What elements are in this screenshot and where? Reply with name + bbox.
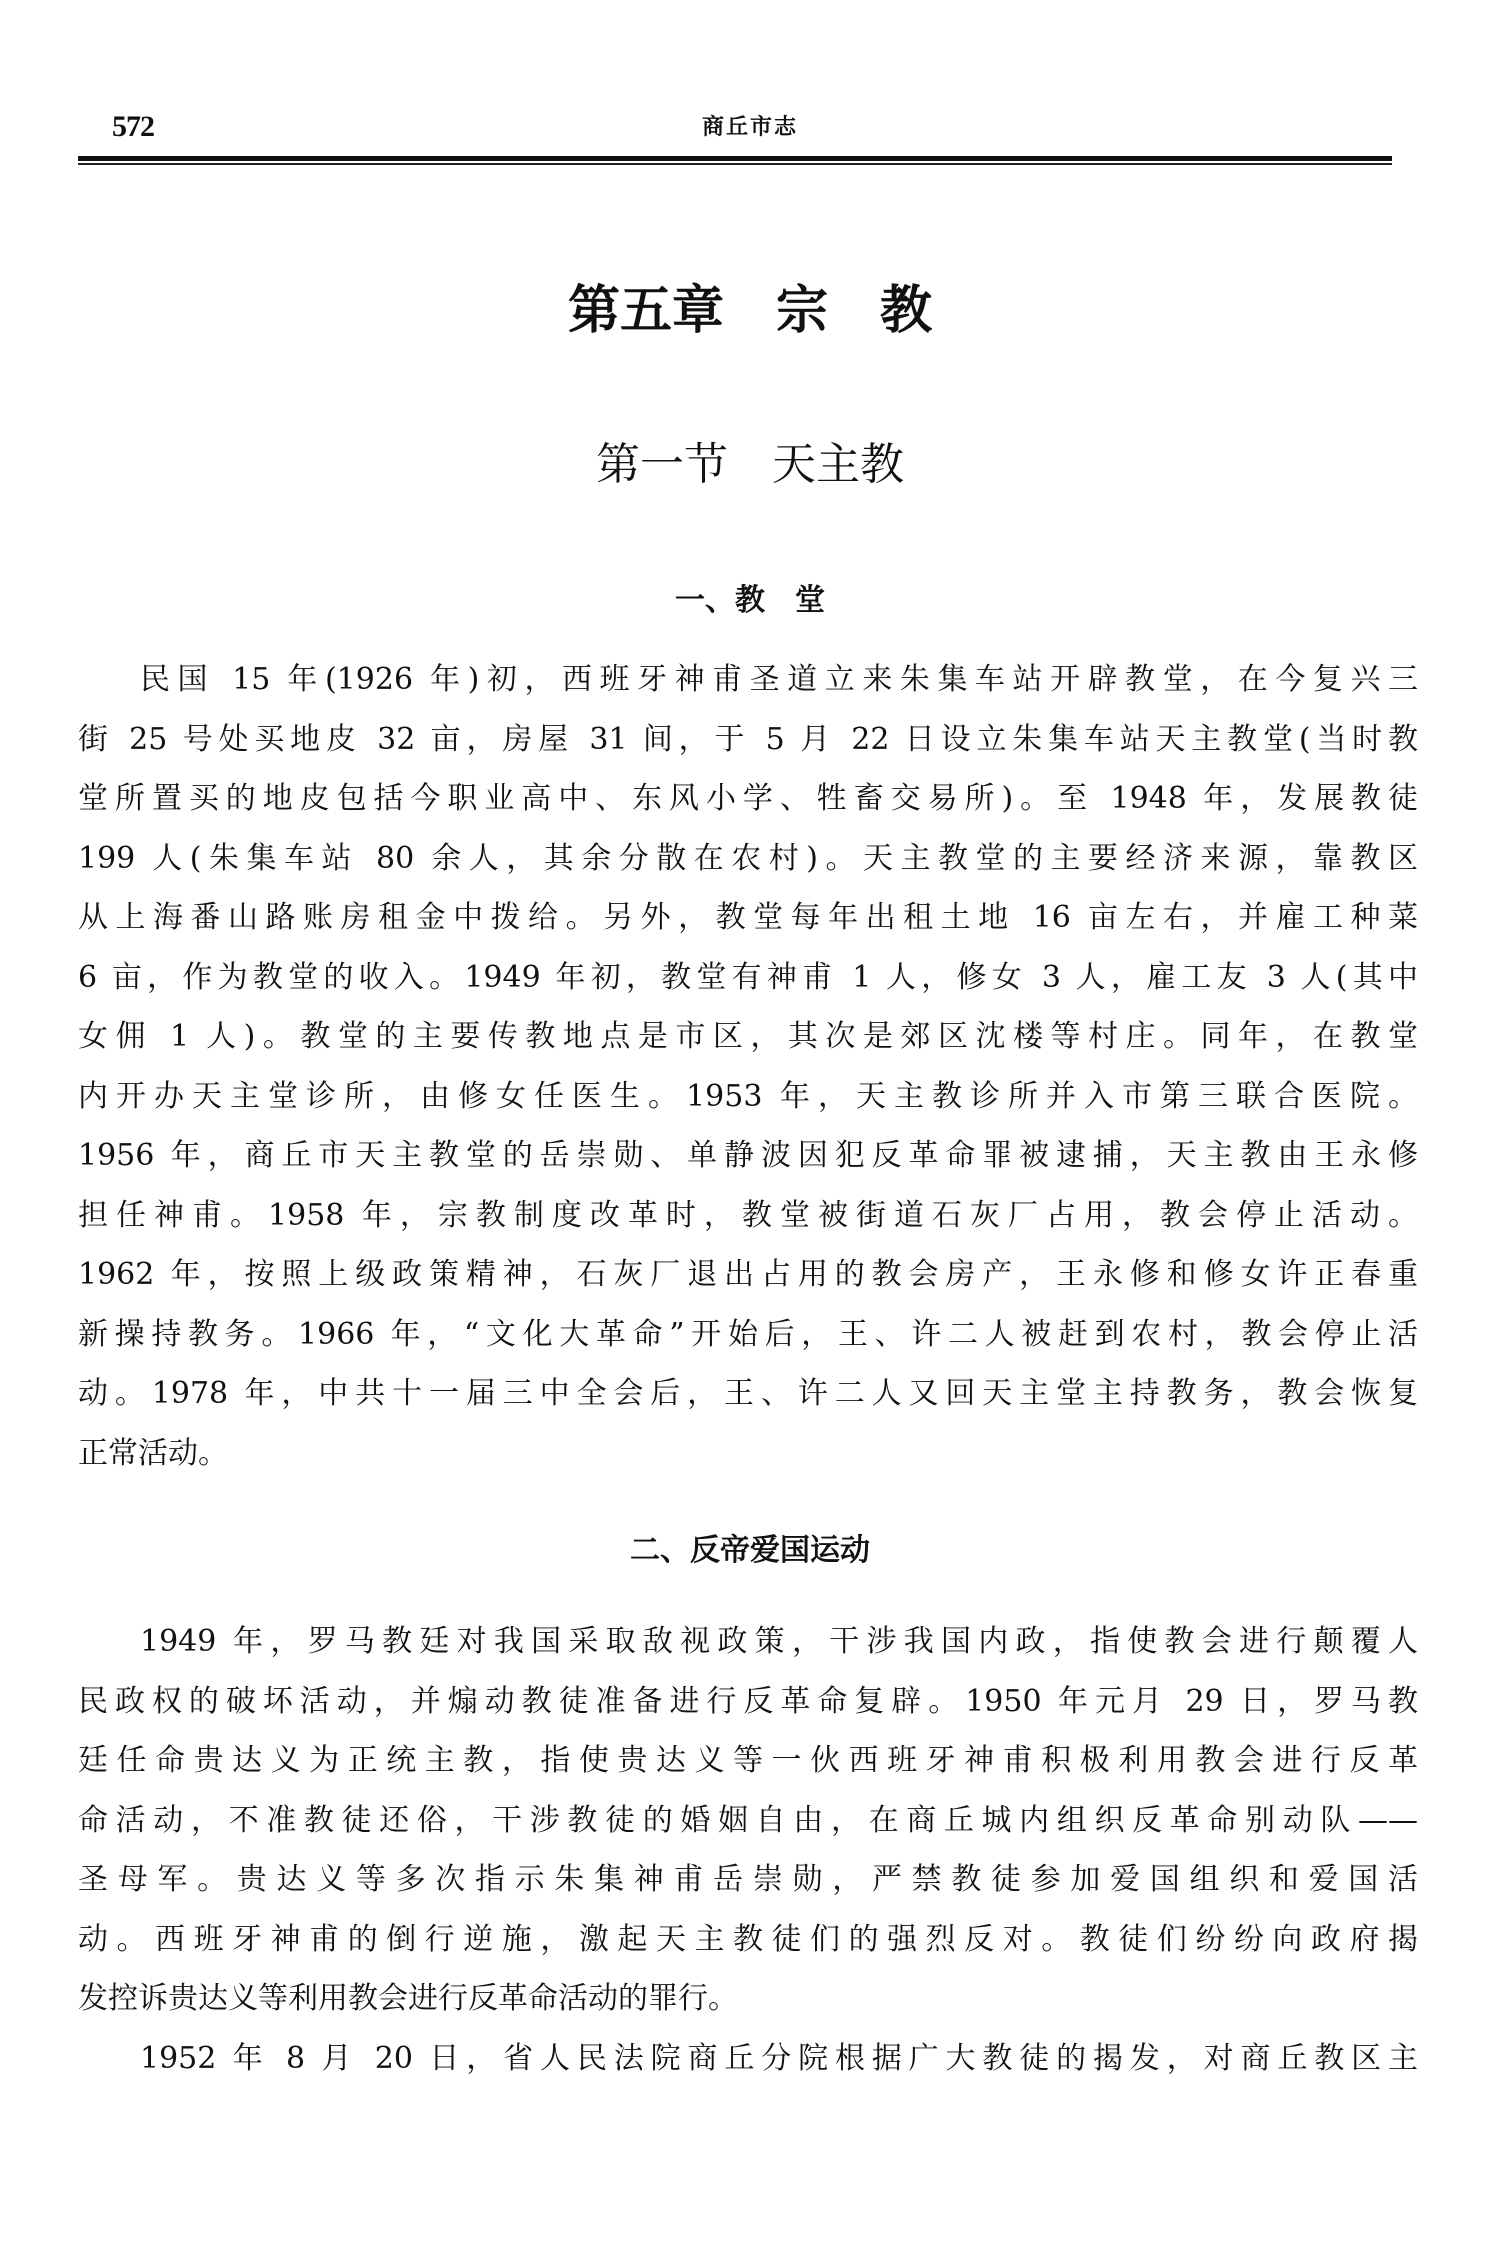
header-rule-thick — [78, 156, 1392, 161]
text-line: 1962 年，按照上级政策精神，石灰厂退出占用的教会房产，王永修和修女许正春重 — [78, 1245, 1418, 1305]
text-line: 街 25 号处买地皮 32 亩，房屋 31 间，于 5 月 22 日设立朱集车站… — [78, 710, 1418, 770]
subsection-title-church: 一、教 堂 — [0, 575, 1500, 619]
text-line: 圣母军。贵达义等多次指示朱集神甫岳崇勋，严禁教徒参加爱国组织和爱国活 — [78, 1850, 1418, 1910]
text-line: 动。1978 年，中共十一届三中全会后，王、许二人又回天主堂主持教务，教会恢复 — [78, 1364, 1418, 1424]
header-rule-thin — [78, 163, 1392, 165]
text-line: 堂所置买的地皮包括今职业高中、东风小学、牲畜交易所)。至 1948 年，发展教徒 — [78, 769, 1418, 829]
text-line: 从上海番山路账房租金中拨给。另外，教堂每年出租土地 16 亩左右，并雇工种菜 — [78, 888, 1418, 948]
text-line: 1956 年，商丘市天主教堂的岳崇勋、单静波因犯反革命罪被逮捕，天主教由王永修 — [78, 1126, 1418, 1186]
text-line: 199 人(朱集车站 80 余人，其余分散在农村)。天主教堂的主要经济来源，靠教… — [78, 829, 1418, 889]
paragraph-church-history: 民国 15 年(1926 年)初，西班牙神甫圣道立来朱集车站开辟教堂，在今复兴三… — [78, 650, 1418, 1483]
text-line: 命活动，不准教徒还俗，干涉教徒的婚姻自由，在商丘城内组织反革命别动队—— — [78, 1791, 1418, 1851]
text-line: 1949 年，罗马教廷对我国采取敌视政策，干涉我国内政，指使教会进行颠覆人 — [78, 1612, 1418, 1672]
text-line: 正常活动。 — [78, 1424, 1418, 1484]
paragraph-anti-imperialist-movement: 1949 年，罗马教廷对我国采取敌视政策，干涉我国内政，指使教会进行颠覆人 民政… — [78, 1612, 1418, 2088]
text-line: 内开办天主堂诊所，由修女任医生。1953 年，天主教诊所并入市第三联合医院。 — [78, 1067, 1418, 1127]
text-line: 发控诉贵达义等利用教会进行反革命活动的罪行。 — [78, 1969, 1418, 2029]
text-line: 动。西班牙神甫的倒行逆施，激起天主教徒们的强烈反对。教徒们纷纷向政府揭 — [78, 1910, 1418, 1970]
text-line: 民国 15 年(1926 年)初，西班牙神甫圣道立来朱集车站开辟教堂，在今复兴三 — [78, 650, 1418, 710]
text-line: 女佣 1 人)。教堂的主要传教地点是市区，其次是郊区沈楼等村庄。同年，在教堂 — [78, 1007, 1418, 1067]
text-line: 民政权的破坏活动，并煽动教徒准备进行反革命复辟。1950 年元月 29 日，罗马… — [78, 1672, 1418, 1732]
running-title: 商丘市志 — [0, 110, 1500, 141]
text-line: 新操持教务。1966 年，“文化大革命”开始后，王、许二人被赶到农村，教会停止活 — [78, 1305, 1418, 1365]
section-title: 第一节 天主教 — [0, 428, 1500, 492]
subsection-title-anti-imperialist: 二、反帝爱国运动 — [0, 1525, 1500, 1569]
text-line: 1952 年 8 月 20 日，省人民法院商丘分院根据广大教徒的揭发，对商丘教区… — [78, 2029, 1418, 2089]
text-line: 6 亩，作为教堂的收入。1949 年初，教堂有神甫 1 人，修女 3 人，雇工友… — [78, 948, 1418, 1008]
chapter-title: 第五章 宗 教 — [0, 268, 1500, 343]
text-line: 担任神甫。1958 年，宗教制度改革时，教堂被街道石灰厂占用，教会停止活动。 — [78, 1186, 1418, 1246]
text-line: 廷任命贵达义为正统主教，指使贵达义等一伙西班牙神甫积极利用教会进行反革 — [78, 1731, 1418, 1791]
